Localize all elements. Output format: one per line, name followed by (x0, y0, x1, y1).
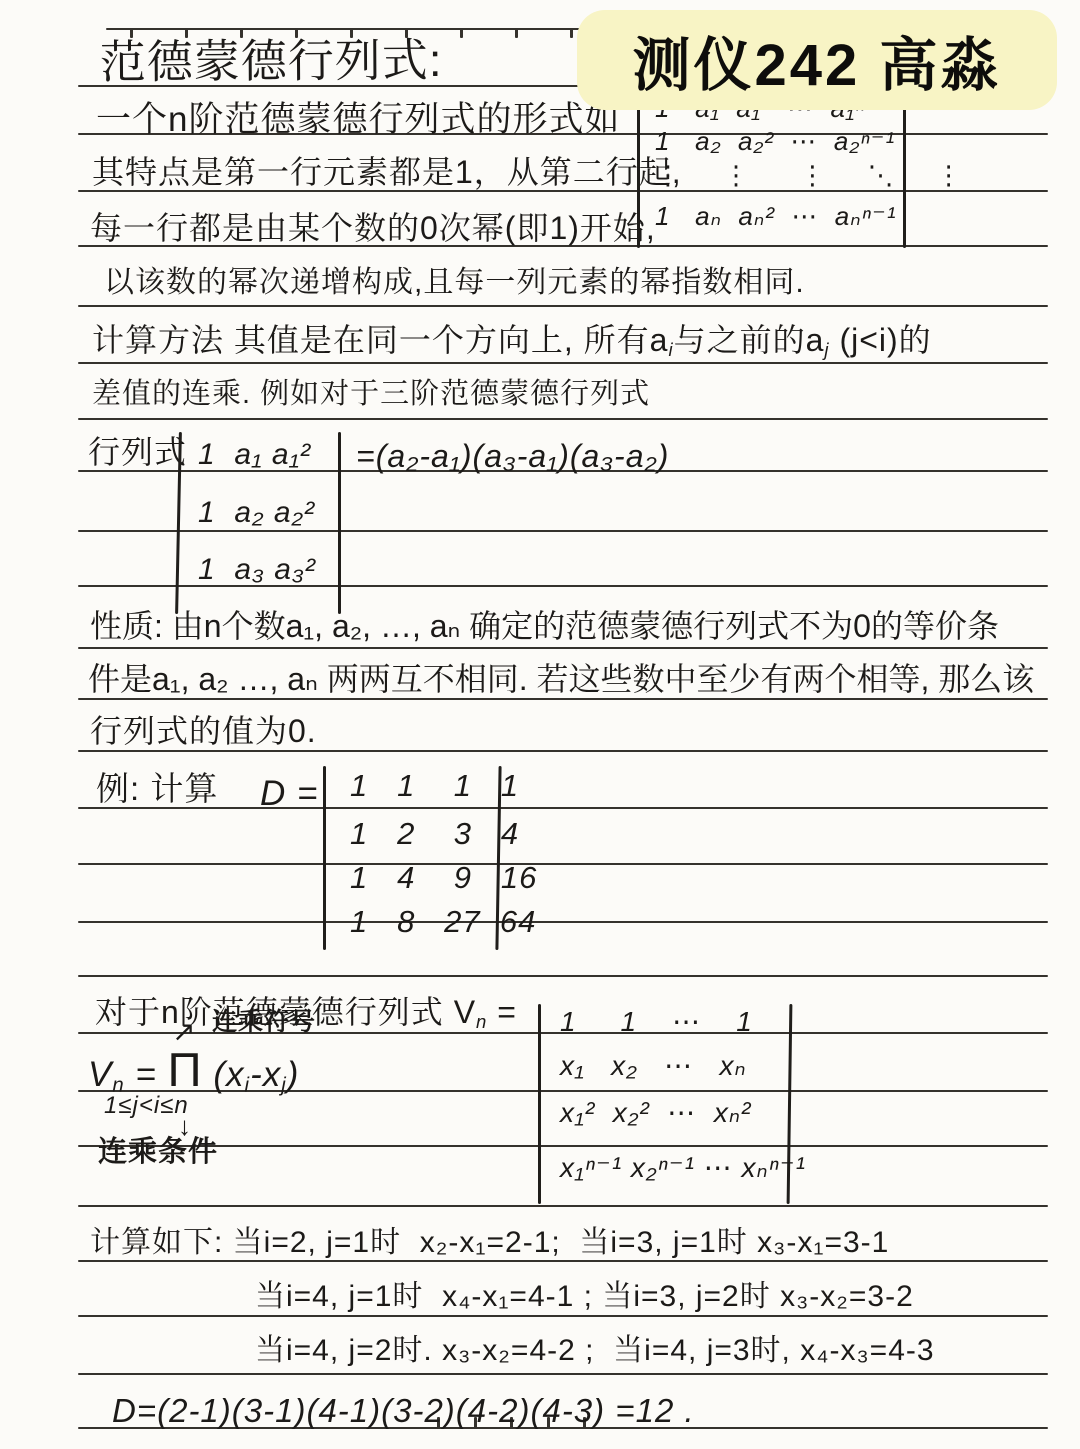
top-edge-tick (460, 28, 463, 38)
method-text: 计算方法 其值是在同一个方向上, 所有a (92, 322, 668, 358)
ruled-line (78, 1205, 1048, 1207)
determinant-left-bar (538, 1004, 541, 1204)
intro-line-1: 一个n阶范德蒙德行列式的形式如 (96, 100, 620, 140)
example-label: 例: 计算 (96, 770, 218, 808)
matrix-row: 1 8 27 64 (350, 904, 536, 940)
ruled-line (78, 305, 1048, 307)
matrix-row: x₁ x₂ ⋯ xₙ (560, 1050, 747, 1082)
property-line-2: 件是a₁, a₂ …, aₙ 两两互不相同. 若这些数中至少有两个相等, 那么该 (88, 661, 1034, 698)
formula-equals: = (125, 1055, 168, 1094)
matrix-row: 1 4 9 16 (350, 860, 537, 896)
method-text: 与之前的a (674, 322, 825, 358)
author-badge: 测仪242 高淼 (577, 10, 1057, 110)
determinant-right-bar (338, 432, 341, 614)
ruled-line (78, 750, 1048, 752)
ruled-line (78, 921, 1048, 923)
vn-intro-text: = (487, 994, 517, 1030)
page-title: 范德蒙德行列式: (100, 34, 443, 89)
calc-line-1: 计算如下: 当i=2, j=1时 x₂-x₁=2-1; 当i=3, j=1时 x… (90, 1226, 889, 1261)
property-line-3: 行列式的值为0. (90, 713, 317, 750)
product-pi-symbol: Π (168, 1044, 203, 1097)
ruled-line (78, 698, 1048, 700)
calc-line-3: 当i=4, j=2时. x₃-x₂=4-2 ; 当i=4, j=3时, x₄-x… (255, 1334, 935, 1369)
product-symbol-note: 连乘符号 (212, 1008, 316, 1037)
ruled-line (78, 1145, 1048, 1147)
intro-line-2: 其特点是第一行元素都是1，从第二行起, (92, 154, 682, 191)
determinant-label: 行列式 (88, 434, 187, 471)
determinant-left-bar (323, 766, 326, 950)
product-condition: 1≤j<i≤n (104, 1092, 189, 1120)
ruled-line (78, 863, 1048, 865)
top-edge-tick (515, 28, 518, 38)
method-text: (j<i)的 (830, 322, 932, 358)
ruled-line (78, 418, 1048, 420)
matrix-row: 1 2 3 4 (350, 816, 519, 852)
determinant-result: =(a₂-a₁)(a₃-a₁)(a₃-a₂) (356, 438, 669, 475)
top-edge-tick (570, 28, 573, 38)
formula-text: ) (287, 1055, 300, 1094)
property-line-1: 性质: 由n个数a₁, a₂, …, aₙ 确定的范德蒙德行列式不为0的等价条 (90, 608, 999, 645)
ruled-line (78, 1315, 1048, 1317)
intro-line-3: 每一行都是由某个数的0次幂(即1)开始, (90, 210, 656, 247)
intro-line-4: 以该数的幂次递增构成,且每一列元素的幂指数相同. (104, 266, 805, 301)
vn-formula: Vn = Π (xi-xj) (88, 1044, 299, 1098)
ruled-line (78, 362, 1048, 364)
badge-label: 测仪242 高淼 (633, 18, 1002, 102)
formula-v: V (88, 1055, 112, 1094)
notebook-page: 测仪242 高淼 范德蒙德行列式: 一个n阶范德蒙德行列式的形式如 其特点是第一… (0, 0, 1080, 1449)
calc-result: D=(2-1)(3-1)(4-1)(3-2)(4-2)(4-3) =12 . (112, 1392, 695, 1430)
matrix-row: 1 a₂ a₂² ⋯ a₂ⁿ⁻¹ (655, 127, 895, 157)
determinant-left-bar (637, 98, 640, 248)
matrix-row: x₁² x₂² ⋯ xₙ² (560, 1097, 751, 1129)
ruled-line (78, 647, 1048, 649)
matrix-row: x₁ⁿ⁻¹ x₂ⁿ⁻¹ ⋯ xₙⁿ⁻¹ (560, 1152, 806, 1184)
matrix-row: 1 a₁ a₁² (198, 438, 311, 473)
matrix-row: ⋮ ⋮ ⋮ ⋱ ⋮ (655, 161, 963, 191)
condition-note: 连乘条件 (98, 1136, 218, 1169)
ruled-line (78, 1373, 1048, 1375)
d-equals: D = (260, 774, 318, 814)
formula-text: -x (250, 1055, 281, 1094)
calc-line-2: 当i=4, j=1时 x₄-x₁=4-1 ; 当i=3, j=2时 x₃-x₂=… (255, 1280, 914, 1315)
matrix-row: 1 a₃ a₃² (198, 553, 316, 588)
matrix-row: 1 1 ⋯ 1 (560, 1006, 753, 1038)
formula-text: (x (203, 1055, 245, 1094)
method-line-2: 差值的连乘. 例如对于三阶范德蒙德行列式 (92, 378, 650, 411)
matrix-row: 1 1 1 1 (350, 768, 519, 804)
matrix-row: 1 aₙ aₙ² ⋯ aₙⁿ⁻¹ (655, 202, 897, 232)
matrix-row: 1 a₂ a₂² (198, 496, 315, 531)
subscript-n: n (476, 1011, 487, 1032)
ruled-line (78, 975, 1048, 977)
method-line-1: 计算方法 其值是在同一个方向上, 所有ai与之前的aj (j<i)的 (92, 322, 932, 361)
ruled-line (78, 807, 1048, 809)
